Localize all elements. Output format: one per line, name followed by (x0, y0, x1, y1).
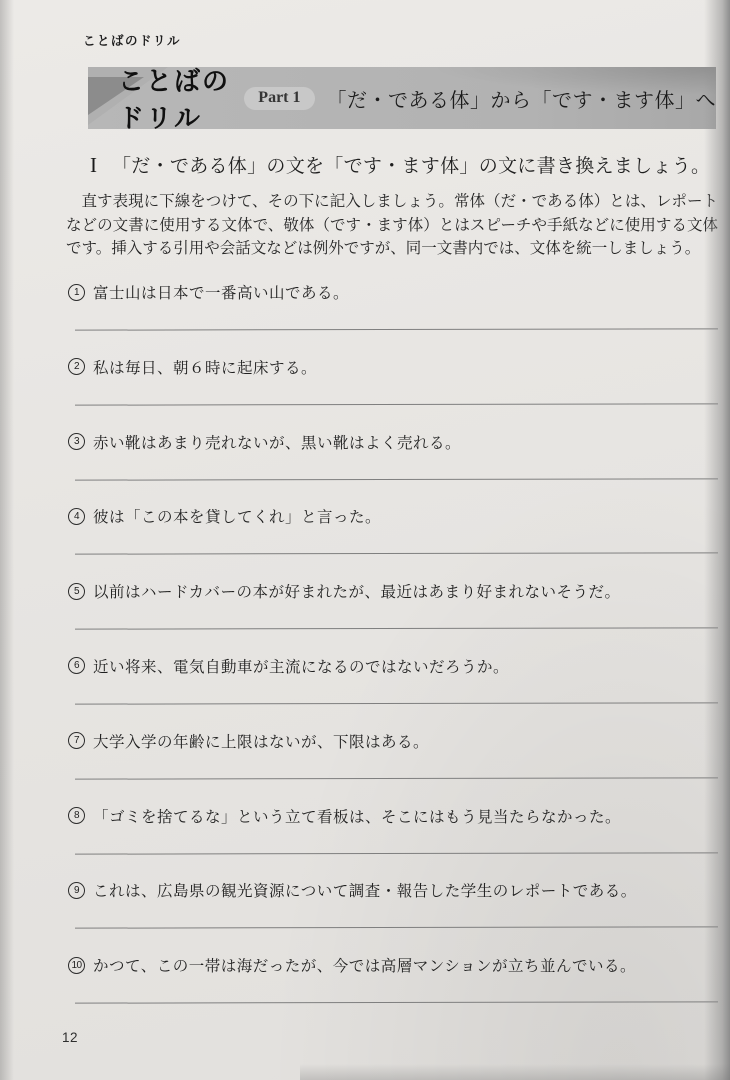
drill-item: 6 近い将来、電気自動車が主流になるのではないだろうか。 (60, 654, 718, 729)
section-numeral: I (90, 153, 97, 178)
workbook-page: ことばのドリル ことばのドリル Part 1 「だ・である体」から「です・ます体… (0, 0, 730, 1080)
item-sentence: 私は毎日、朝６時に起床する。 (93, 356, 317, 378)
page-edge-shadow-left (0, 0, 14, 1080)
answer-line (75, 927, 718, 929)
item-row: 1 富士山は日本で一番高い山である。 (68, 281, 349, 303)
section-heading-text: 「だ・である体」の文を「です・ます体」の文に書き換えましょう。 (112, 151, 710, 178)
answer-line (75, 702, 718, 704)
item-row: 5 以前はハードカバーの本が好まれたが、最近はあまり好まれないそうだ。 (68, 580, 621, 602)
item-number-icon: 5 (68, 583, 85, 600)
drill-item: 2 私は毎日、朝６時に起床する。 (60, 355, 718, 430)
item-sentence: 近い将来、電気自動車が主流になるのではないだろうか。 (93, 655, 509, 677)
item-row: 3 赤い靴はあまり売れないが、黒い靴はよく売れる。 (68, 431, 461, 453)
item-row: 10 かつて、この一帯は海だったが、今では高層マンションが立ち並んでいる。 (68, 954, 636, 976)
drill-item: 10 かつて、この一帯は海だったが、今では高層マンションが立ち並んでいる。 (60, 953, 718, 1028)
item-sentence: これは、広島県の観光資源について調査・報告した学生のレポートである。 (93, 879, 637, 901)
item-row: 7 大学入学の年齢に上限はないが、下限はある。 (68, 730, 429, 752)
item-number-icon: 1 (68, 284, 85, 301)
drill-item: 5 以前はハードカバーの本が好まれたが、最近はあまり好まれないそうだ。 (60, 579, 718, 654)
item-number-icon: 10 (68, 957, 85, 974)
page-number: 12 (62, 1030, 78, 1045)
item-sentence: かつて、この一帯は海だったが、今では高層マンションが立ち並んでいる。 (93, 954, 636, 976)
item-sentence: 大学入学の年齢に上限はないが、下限はある。 (93, 730, 429, 752)
part-badge: Part 1 (244, 87, 314, 110)
drill-item: 3 赤い靴はあまり売れないが、黒い靴はよく売れる。 (60, 430, 718, 505)
item-row: 2 私は毎日、朝６時に起床する。 (68, 356, 317, 378)
answer-line (75, 777, 718, 779)
item-number-icon: 7 (68, 732, 85, 749)
item-sentence: 彼は「この本を貸してくれ」と言った。 (93, 505, 381, 527)
item-number-icon: 8 (68, 807, 85, 824)
drill-item: 4 彼は「この本を貸してくれ」と言った。 (60, 504, 718, 579)
answer-line (75, 852, 718, 854)
drill-item: 9 これは、広島県の観光資源について調査・報告した学生のレポートである。 (60, 878, 718, 953)
drill-item: 7 大学入学の年齢に上限はないが、下限はある。 (60, 729, 718, 804)
lesson-banner: ことばのドリル Part 1 「だ・である体」から「です・ます体」へ (88, 67, 716, 129)
page-edge-shadow-right (704, 0, 730, 1080)
item-number-icon: 3 (68, 433, 85, 450)
banner-title: ことばのドリル (118, 61, 230, 135)
item-number-icon: 6 (68, 657, 85, 674)
answer-line (75, 478, 718, 480)
drill-list: 1 富士山は日本で一番高い山である。 2 私は毎日、朝６時に起床する。 3 赤い… (60, 280, 718, 1028)
item-number-icon: 9 (68, 882, 85, 899)
drill-item: 8 「ゴミを捨てるな」という立て看板は、そこにはもう見当たらなかった。 (60, 804, 718, 879)
item-row: 8 「ゴミを捨てるな」という立て看板は、そこにはもう見当たらなかった。 (68, 805, 621, 827)
answer-line (75, 1001, 718, 1003)
banner-subtitle: 「だ・である体」から「です・ます体」へ (327, 84, 717, 113)
running-header: ことばのドリル (83, 31, 181, 49)
instructions-paragraph: 直す表現に下線をつけて、その下に記入しましょう。常体（だ・である体）とは、レポー… (66, 190, 718, 261)
answer-line (75, 553, 718, 555)
item-row: 6 近い将来、電気自動車が主流になるのではないだろうか。 (68, 655, 509, 677)
drill-item: 1 富士山は日本で一番高い山である。 (60, 280, 718, 355)
item-row: 4 彼は「この本を貸してくれ」と言った。 (68, 505, 381, 527)
item-sentence: 赤い靴はあまり売れないが、黒い靴はよく売れる。 (93, 431, 461, 453)
answer-line (75, 328, 718, 330)
answer-line (75, 628, 718, 630)
item-sentence: 以前はハードカバーの本が好まれたが、最近はあまり好まれないそうだ。 (93, 580, 621, 602)
item-number-icon: 4 (68, 508, 85, 525)
page-edge-shadow-bottom (300, 1064, 730, 1080)
item-row: 9 これは、広島県の観光資源について調査・報告した学生のレポートである。 (68, 879, 637, 901)
item-number-icon: 2 (68, 358, 85, 375)
section-heading: I 「だ・である体」の文を「です・ます体」の文に書き換えましょう。 (90, 151, 710, 178)
item-sentence: 富士山は日本で一番高い山である。 (93, 281, 349, 303)
answer-line (75, 403, 718, 405)
item-sentence: 「ゴミを捨てるな」という立て看板は、そこにはもう見当たらなかった。 (93, 805, 621, 827)
